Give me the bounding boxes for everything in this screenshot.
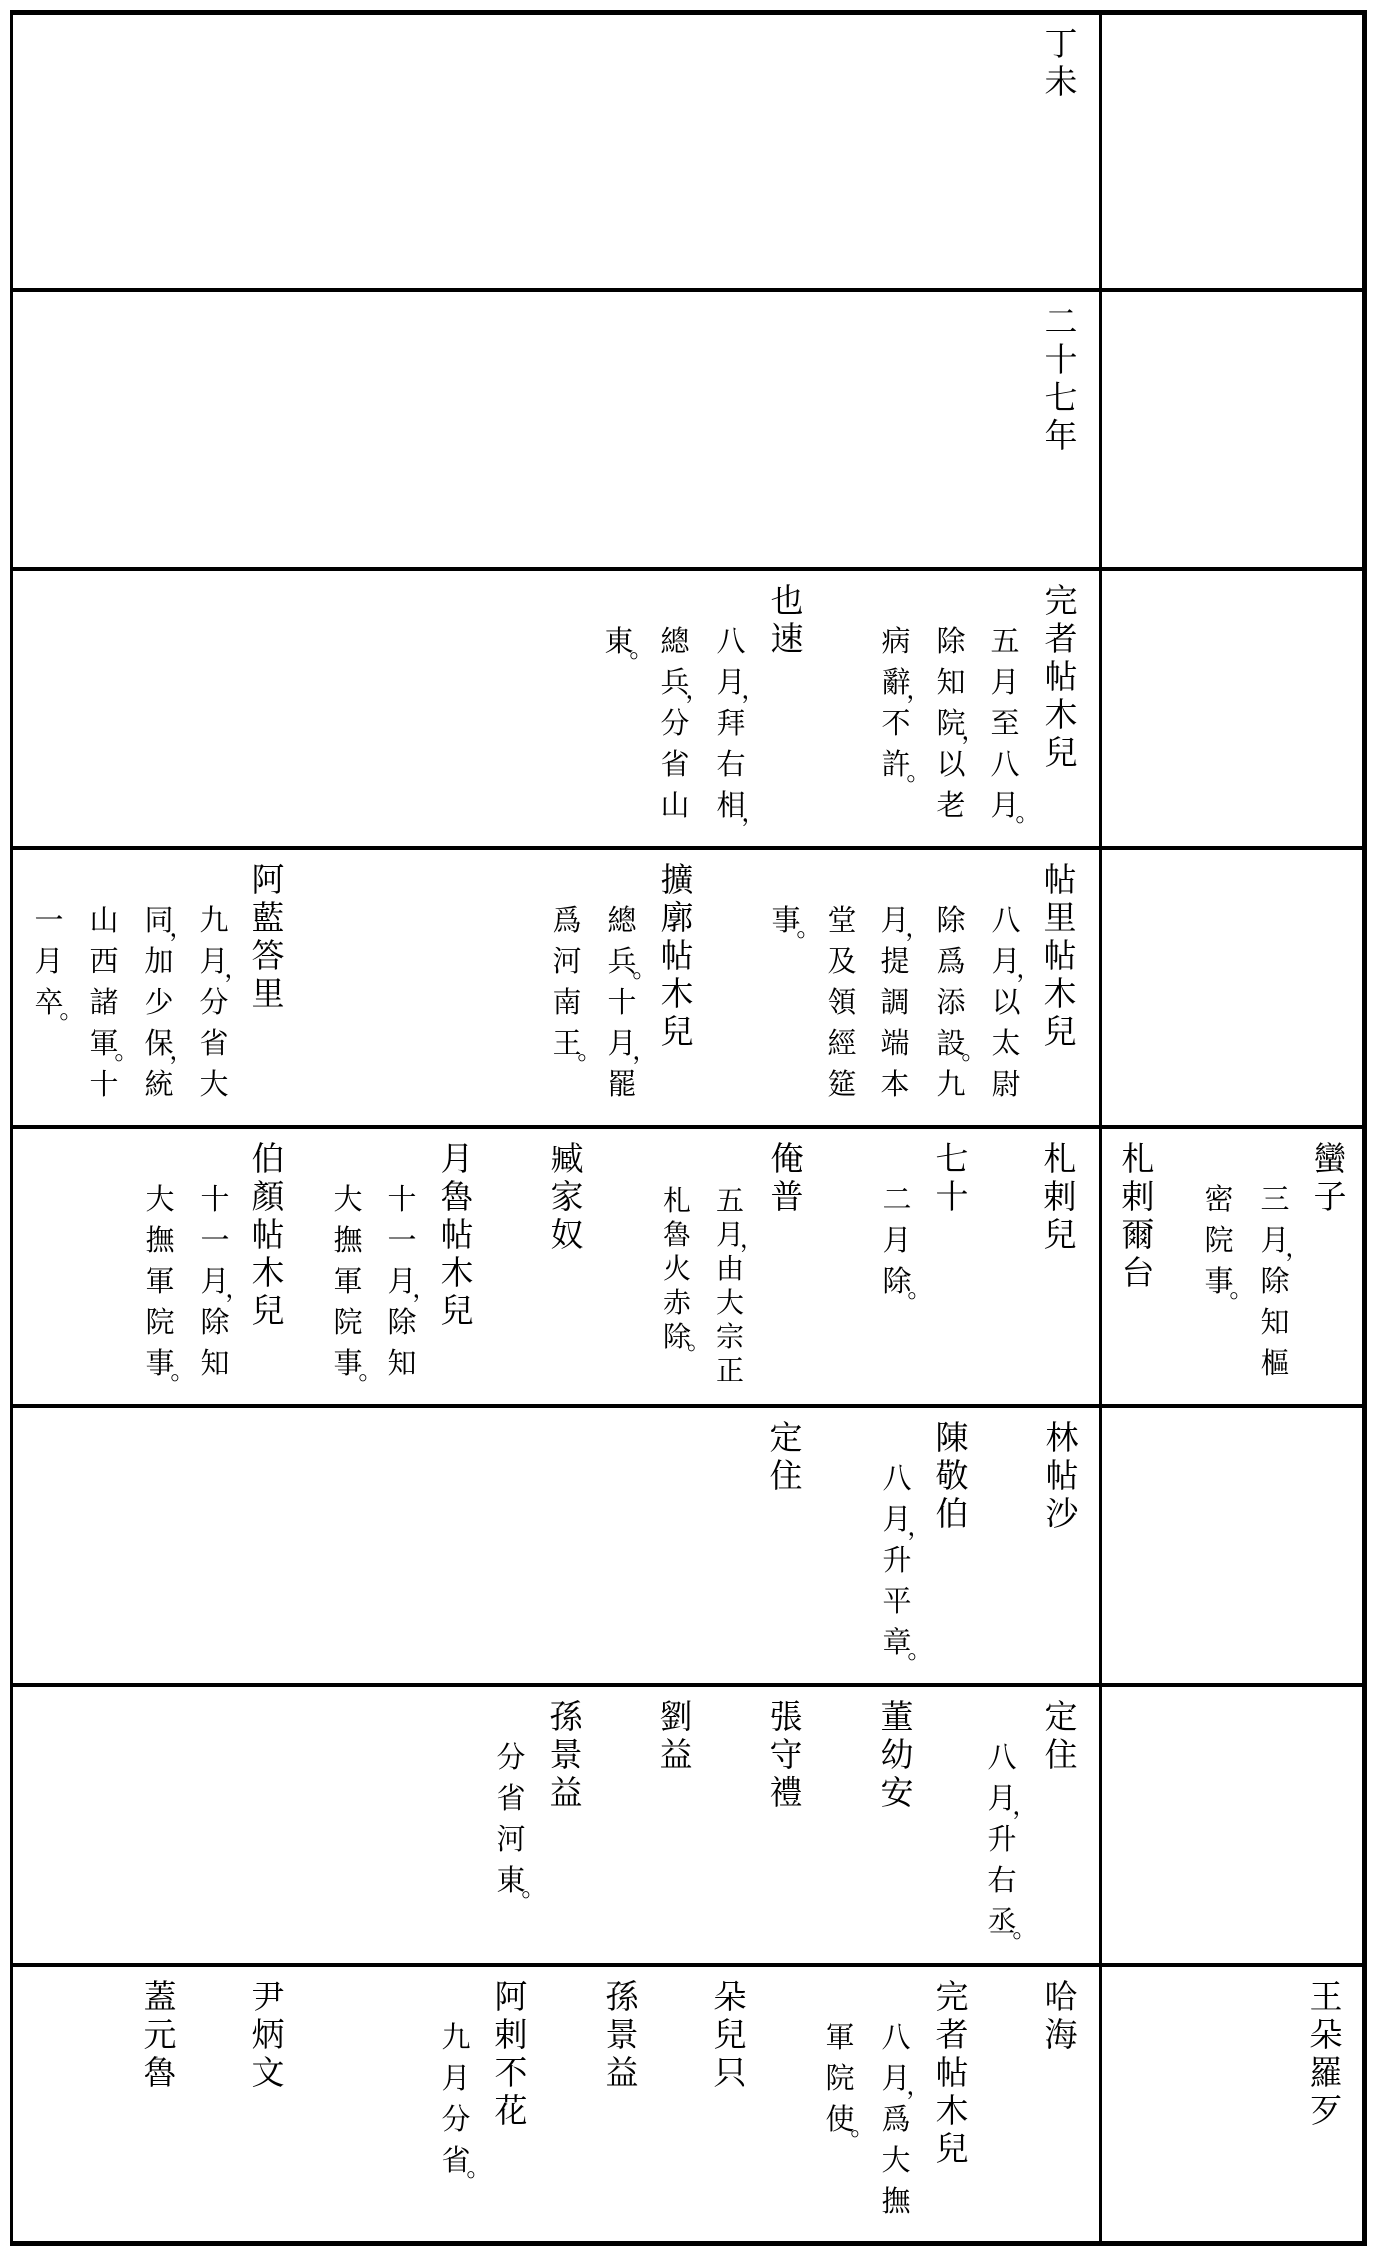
- glyph: 兒: [1041, 734, 1081, 772]
- glyph: 七: [932, 1140, 972, 1178]
- glyph: 七: [1041, 379, 1081, 417]
- glyph: 東。: [601, 621, 637, 662]
- glyph: 加: [141, 941, 177, 982]
- glyph: 山: [86, 900, 122, 941]
- punctuation-mark: 。: [629, 637, 654, 662]
- punctuation-mark: 。: [850, 2115, 875, 2140]
- official-name: 完者帖木兒: [1041, 582, 1081, 772]
- glyph: 月: [438, 2058, 474, 2099]
- glyph: 至: [987, 703, 1023, 744]
- glyph: 諸: [86, 982, 122, 1023]
- glyph: 益: [656, 1736, 696, 1774]
- glyph: 提: [877, 941, 913, 982]
- appointment-note: 三月，除知樞: [1257, 1179, 1293, 1384]
- punctuation-mark: ，: [632, 1039, 657, 1064]
- glyph: 院: [142, 1302, 178, 1343]
- glyph: 正: [712, 1354, 748, 1388]
- glyph: 西: [86, 941, 122, 982]
- glyph: 丁: [1041, 25, 1081, 63]
- glyph: 十: [86, 1064, 122, 1105]
- glyph: 以: [988, 982, 1024, 1023]
- glyph: 山: [657, 785, 693, 826]
- glyph: 安: [877, 1774, 917, 1812]
- appointment-note: 一月卒。: [31, 900, 67, 1023]
- glyph: 院，: [933, 703, 969, 744]
- glyph: 設。: [933, 1023, 969, 1064]
- glyph: 歹: [1306, 2092, 1346, 2130]
- glyph: 丞。: [984, 1901, 1020, 1942]
- glyph: 帖: [657, 937, 697, 975]
- appointment-note: 大撫軍院事。: [142, 1179, 178, 1384]
- appointment-note: 密院事。: [1201, 1179, 1237, 1302]
- glyph: 升: [879, 1540, 915, 1581]
- punctuation-mark: 。: [1229, 1277, 1254, 1302]
- punctuation-mark: ，: [412, 1277, 437, 1302]
- glyph: 兵，: [657, 662, 693, 703]
- glyph: 董: [877, 1698, 917, 1736]
- glyph: 樞: [1257, 1343, 1293, 1384]
- punctuation-mark: ，: [906, 2074, 931, 2099]
- official-name: 定住: [1041, 1698, 1081, 1774]
- glyph: 河: [493, 1819, 529, 1860]
- glyph: 右: [713, 744, 749, 785]
- punctuation-mark: 。: [59, 998, 84, 1023]
- glyph: 月，: [197, 1261, 233, 1302]
- glyph: 少: [141, 982, 177, 1023]
- punctuation-mark: 。: [358, 1359, 383, 1384]
- appointment-note: 大撫軍院事。: [330, 1179, 366, 1384]
- punctuation-mark: ，: [1285, 1236, 1310, 1261]
- glyph: 軍: [142, 1261, 178, 1302]
- glyph: 分: [196, 982, 232, 1023]
- glyph: 密: [1201, 1179, 1237, 1220]
- official-name: 孫景益: [546, 1698, 586, 1812]
- glyph: 兒: [1040, 1216, 1080, 1254]
- official-name: 伯顏帖木兒: [248, 1140, 288, 1330]
- appointment-note: 二月除。: [879, 1179, 915, 1302]
- punctuation-mark: 。: [632, 957, 657, 982]
- glyph: 景: [602, 2016, 642, 2054]
- glyph: 省: [657, 744, 693, 785]
- glyph: 南: [549, 982, 585, 1023]
- official-name: 尹炳文: [248, 1978, 288, 2092]
- glyph: 木: [248, 1254, 288, 1292]
- official-name: 林帖沙: [1042, 1419, 1082, 1533]
- punctuation-mark: ，: [961, 719, 986, 744]
- punctuation-mark: 。: [906, 760, 931, 785]
- glyph: 分: [657, 703, 693, 744]
- glyph: 月，: [604, 1023, 640, 1064]
- official-name: 完者帖木兒: [932, 1978, 972, 2168]
- glyph: 阿: [491, 1978, 531, 2016]
- glyph: 一: [384, 1220, 420, 1261]
- glyph: 省: [196, 1023, 232, 1064]
- glyph: 拜: [713, 703, 749, 744]
- appointment-note: 同，加少保，統: [141, 900, 177, 1105]
- glyph: 事。: [768, 900, 804, 941]
- punctuation-mark: ，: [1012, 1794, 1037, 1819]
- table-row: 林帖沙 陳敬伯 八月，升平章。 定住: [0, 1404, 1377, 1683]
- glyph: 知: [1257, 1302, 1293, 1343]
- glyph: 五: [987, 621, 1023, 662]
- glyph: 八: [713, 621, 749, 662]
- glyph: 分: [493, 1737, 529, 1778]
- glyph: 禮: [766, 1774, 806, 1812]
- glyph: 帖: [437, 1216, 477, 1254]
- glyph: 敬: [932, 1457, 972, 1495]
- punctuation-mark: ，: [907, 1515, 932, 1540]
- glyph: 兒: [657, 1013, 697, 1051]
- appointment-note: 八月，以太尉: [988, 900, 1024, 1105]
- glyph: 木: [437, 1254, 477, 1292]
- glyph: 罷: [604, 1064, 640, 1105]
- glyph: 木: [657, 975, 697, 1013]
- glyph: 撫: [878, 2181, 914, 2222]
- glyph: 許。: [878, 744, 914, 785]
- glyph: 朵: [710, 1978, 750, 2016]
- glyph: 家: [547, 1178, 587, 1216]
- glyph: 未: [1041, 63, 1081, 101]
- glyph: 月，: [713, 662, 749, 703]
- glyph: 月: [437, 1140, 477, 1178]
- glyph: 八: [878, 2017, 914, 2058]
- glyph: 文: [248, 2054, 288, 2092]
- punctuation-mark: ，: [685, 678, 710, 703]
- punctuation-mark: ，: [1016, 957, 1041, 982]
- table-row: 哈海 完者帖木兒 八月，爲大撫 軍院使。 朵兒只 孫景益 阿剌不花 九月分省。 …: [0, 1963, 1377, 2242]
- glyph: 由: [712, 1252, 748, 1286]
- glyph: 孫: [602, 1978, 642, 2016]
- glyph: 剌: [1040, 1178, 1080, 1216]
- glyph: 月。: [987, 785, 1023, 826]
- official-name: 阿藍答里: [248, 861, 288, 1013]
- glyph: 知: [197, 1343, 233, 1384]
- glyph: 爾: [1118, 1216, 1158, 1254]
- glyph: 阿: [248, 861, 288, 899]
- glyph: 事。: [1201, 1261, 1237, 1302]
- year-label: 丁未: [1041, 25, 1081, 101]
- glyph: 升: [984, 1819, 1020, 1860]
- appointment-note: 堂及領經筵: [824, 900, 860, 1105]
- punctuation-mark: ，: [906, 678, 931, 703]
- official-name: 董幼安: [877, 1698, 917, 1812]
- glyph: 帖: [1040, 861, 1080, 899]
- glyph: 木: [1040, 975, 1080, 1013]
- glyph: 八: [987, 744, 1023, 785]
- glyph: 平: [879, 1581, 915, 1622]
- glyph: 堂: [824, 900, 860, 941]
- official-name: 臧家奴: [547, 1140, 587, 1254]
- glyph: 孫: [546, 1698, 586, 1736]
- glyph: 及: [824, 941, 860, 982]
- glyph: 除。: [879, 1261, 915, 1302]
- glyph: 完: [932, 1978, 972, 2016]
- glyph: 林: [1042, 1419, 1082, 1457]
- glyph: 魯: [140, 2054, 180, 2092]
- document-page: 丁未 二十七年 完者帖木兒 五月至八月。 除知院，以老 病辭，不許。 也速 八月…: [0, 0, 1377, 2257]
- glyph: 益: [546, 1774, 586, 1812]
- glyph: 河: [549, 941, 585, 982]
- glyph: 里: [1040, 899, 1080, 937]
- glyph: 院: [330, 1302, 366, 1343]
- glyph: 省: [493, 1778, 529, 1819]
- glyph: 月，: [988, 941, 1024, 982]
- glyph: 事。: [142, 1343, 178, 1384]
- punctuation-mark: 。: [796, 916, 821, 941]
- glyph: 保，: [141, 1023, 177, 1064]
- glyph: 廓: [657, 899, 697, 937]
- official-name: 孫景益: [602, 1978, 642, 2092]
- appointment-note: 事。: [768, 900, 804, 941]
- table-row: 札剌兒 七十 二月除。 俺普 五月，由大宗正 札魯火赤除。 臧家奴 月魯帖木兒 …: [0, 1125, 1377, 1404]
- glyph: 擴: [657, 861, 697, 899]
- glyph: 總: [604, 900, 640, 941]
- punctuation-mark: ，: [741, 801, 766, 826]
- punctuation-mark: 。: [687, 1330, 711, 1354]
- glyph: 月: [879, 1220, 915, 1261]
- glyph: 卒。: [31, 982, 67, 1023]
- glyph: 札: [659, 1184, 695, 1218]
- glyph: 沙: [1042, 1495, 1082, 1533]
- punctuation-mark: 。: [466, 2156, 491, 2181]
- glyph: 守: [766, 1736, 806, 1774]
- glyph: 二: [879, 1179, 915, 1220]
- glyph: 答: [248, 937, 288, 975]
- punctuation-mark: 。: [521, 1876, 546, 1901]
- glyph: 俺: [767, 1140, 807, 1178]
- glyph: 帖: [1042, 1457, 1082, 1495]
- glyph: 軍。: [86, 1023, 122, 1064]
- glyph: 右: [984, 1860, 1020, 1901]
- glyph: 者: [932, 2016, 972, 2054]
- glyph: 病: [878, 621, 914, 662]
- glyph: 十: [1041, 341, 1081, 379]
- glyph: 月，: [196, 941, 232, 982]
- glyph: 大: [142, 1179, 178, 1220]
- glyph: 帖: [1041, 658, 1081, 696]
- glyph: 札: [1040, 1140, 1080, 1178]
- glyph: 藍: [248, 899, 288, 937]
- glyph: 九: [933, 1064, 969, 1105]
- appointment-note: 軍院使。: [822, 2017, 858, 2140]
- glyph: 事。: [330, 1343, 366, 1384]
- glyph: 魯: [659, 1218, 695, 1252]
- glyph: 伯: [248, 1140, 288, 1178]
- official-name: 哈海: [1041, 1978, 1081, 2054]
- glyph: 同，: [141, 900, 177, 941]
- glyph: 軍: [822, 2017, 858, 2058]
- glyph: 八: [879, 1458, 915, 1499]
- glyph: 炳: [248, 2016, 288, 2054]
- glyph: 月: [31, 941, 67, 982]
- glyph: 花: [491, 2092, 531, 2130]
- official-name: 札剌爾台: [1118, 1140, 1158, 1292]
- glyph: 爲: [933, 941, 969, 982]
- glyph: 一: [31, 900, 67, 941]
- appointment-note: 十一月，除知: [384, 1179, 420, 1384]
- glyph: 宗: [712, 1320, 748, 1354]
- glyph: 羅: [1306, 2054, 1346, 2092]
- glyph: 除。: [659, 1320, 695, 1354]
- glyph: 九: [438, 2017, 474, 2058]
- glyph: 火: [659, 1252, 695, 1286]
- glyph: 朵: [1306, 2016, 1346, 2054]
- official-name: 俺普: [767, 1140, 807, 1216]
- glyph: 奴: [547, 1216, 587, 1254]
- appointment-note: 總兵。十月，罷: [604, 900, 640, 1105]
- glyph: 大: [330, 1179, 366, 1220]
- glyph: 帖: [248, 1216, 288, 1254]
- glyph: 蓋: [140, 1978, 180, 2016]
- glyph: 筵: [824, 1064, 860, 1105]
- glyph: 軍: [330, 1261, 366, 1302]
- glyph: 總: [657, 621, 693, 662]
- glyph: 除: [197, 1302, 233, 1343]
- appointment-note: 五月至八月。: [987, 621, 1023, 826]
- glyph: 陳: [932, 1419, 972, 1457]
- glyph: 東。: [493, 1860, 529, 1901]
- glyph: 領: [824, 982, 860, 1023]
- glyph: 使。: [822, 2099, 858, 2140]
- glyph: 五: [712, 1184, 748, 1218]
- glyph: 撫: [142, 1220, 178, 1261]
- glyph: 月，: [984, 1778, 1020, 1819]
- glyph: 兒: [1040, 1013, 1080, 1051]
- punctuation-mark: ，: [224, 957, 249, 982]
- glyph: 十: [604, 982, 640, 1023]
- glyph: 王。: [549, 1023, 585, 1064]
- appointment-note: 分省河東。: [493, 1737, 529, 1901]
- glyph: 也: [767, 582, 807, 620]
- glyph: 不: [878, 703, 914, 744]
- glyph: 帖: [932, 2054, 972, 2092]
- glyph: 月，: [712, 1218, 748, 1252]
- glyph: 兒: [932, 2130, 972, 2168]
- glyph: 益: [602, 2054, 642, 2092]
- glyph: 十: [197, 1179, 233, 1220]
- glyph: 八: [984, 1737, 1020, 1778]
- appointment-note: 五月，由大宗正: [712, 1184, 748, 1388]
- glyph: 伯: [932, 1495, 972, 1533]
- glyph: 撫: [330, 1220, 366, 1261]
- appointment-note: 九月分省。: [438, 2017, 474, 2181]
- year-label: 二十七年: [1041, 303, 1081, 455]
- glyph: 月: [987, 662, 1023, 703]
- official-name: 帖里帖木兒: [1040, 861, 1080, 1051]
- glyph: 月，: [1257, 1220, 1293, 1261]
- glyph: 兒: [437, 1292, 477, 1330]
- glyph: 除: [384, 1302, 420, 1343]
- glyph: 調: [877, 982, 913, 1023]
- glyph: 定: [766, 1419, 806, 1457]
- glyph: 帖: [1040, 937, 1080, 975]
- punctuation-mark: 。: [170, 1359, 195, 1384]
- punctuation-mark: ，: [905, 916, 930, 941]
- glyph: 端: [877, 1023, 913, 1064]
- table-row: 完者帖木兒 五月至八月。 除知院，以老 病辭，不許。 也速 八月，拜右相， 總兵…: [0, 567, 1377, 846]
- appointment-note: 病辭，不許。: [878, 621, 914, 785]
- glyph: 章。: [879, 1622, 915, 1663]
- official-name: 七十: [932, 1140, 972, 1216]
- punctuation-mark: 。: [907, 1638, 932, 1663]
- glyph: 大: [878, 2140, 914, 2181]
- glyph: 除: [1257, 1261, 1293, 1302]
- official-name: 月魯帖木兒: [437, 1140, 477, 1330]
- glyph: 札: [1118, 1140, 1158, 1178]
- glyph: 蠻: [1310, 1140, 1350, 1178]
- appointment-note: 八月，爲大撫: [878, 2017, 914, 2222]
- appointment-note: 十一月，除知: [197, 1179, 233, 1384]
- glyph: 住: [766, 1457, 806, 1495]
- appointment-note: 八月，升右丞。: [984, 1737, 1020, 1942]
- glyph: 大: [196, 1064, 232, 1105]
- glyph: 爲: [549, 900, 585, 941]
- appointment-note: 札魯火赤除。: [659, 1184, 695, 1354]
- glyph: 尹: [248, 1978, 288, 2016]
- glyph: 幼: [877, 1736, 917, 1774]
- appointment-note: 爲河南王。: [549, 900, 585, 1064]
- appointment-note: 八月，拜右相，: [713, 621, 749, 826]
- glyph: 定: [1041, 1698, 1081, 1736]
- glyph: 本: [877, 1064, 913, 1105]
- appointment-note: 除爲添設。九: [933, 900, 969, 1105]
- glyph: 添: [933, 982, 969, 1023]
- glyph: 月，: [878, 2058, 914, 2099]
- table-row-year-cyclical: 丁未: [0, 10, 1377, 289]
- glyph: 劉: [656, 1698, 696, 1736]
- glyph: 相，: [713, 785, 749, 826]
- glyph: 里: [248, 975, 288, 1013]
- appointment-note: 九月，分省大: [196, 900, 232, 1105]
- glyph: 知: [933, 662, 969, 703]
- glyph: 臧: [547, 1140, 587, 1178]
- glyph: 爲: [878, 2099, 914, 2140]
- glyph: 兒: [710, 2016, 750, 2054]
- glyph: 剌: [1118, 1178, 1158, 1216]
- appointment-note: 月，提調端本: [877, 900, 913, 1105]
- glyph: 尉: [988, 1064, 1024, 1105]
- official-name: 也速: [767, 582, 807, 658]
- official-name: 定住: [766, 1419, 806, 1495]
- glyph: 景: [546, 1736, 586, 1774]
- official-name: 擴廓帖木兒: [657, 861, 697, 1051]
- glyph: 兵。: [604, 941, 640, 982]
- glyph: 年: [1041, 417, 1081, 455]
- glyph: 張: [766, 1698, 806, 1736]
- official-name: 蓋元魯: [140, 1978, 180, 2092]
- glyph: 八: [988, 900, 1024, 941]
- official-name: 札剌兒: [1040, 1140, 1080, 1254]
- glyph: 大: [712, 1286, 748, 1320]
- glyph: 魯: [437, 1178, 477, 1216]
- punctuation-mark: ，: [169, 916, 194, 941]
- glyph: 王: [1306, 1978, 1346, 2016]
- glyph: 以: [933, 744, 969, 785]
- glyph: 台: [1118, 1254, 1158, 1292]
- glyph: 兒: [248, 1292, 288, 1330]
- glyph: 辭，: [878, 662, 914, 703]
- punctuation-mark: 。: [1015, 801, 1040, 826]
- glyph: 除: [933, 621, 969, 662]
- appointment-note: 八月，升平章。: [879, 1458, 915, 1663]
- appointment-note: 總兵，分省山: [657, 621, 693, 826]
- glyph: 十: [384, 1179, 420, 1220]
- glyph: 省。: [438, 2140, 474, 2181]
- glyph: 太: [988, 1023, 1024, 1064]
- punctuation-mark: ，: [741, 678, 766, 703]
- punctuation-mark: ，: [225, 1277, 250, 1302]
- glyph: 院: [1201, 1220, 1237, 1261]
